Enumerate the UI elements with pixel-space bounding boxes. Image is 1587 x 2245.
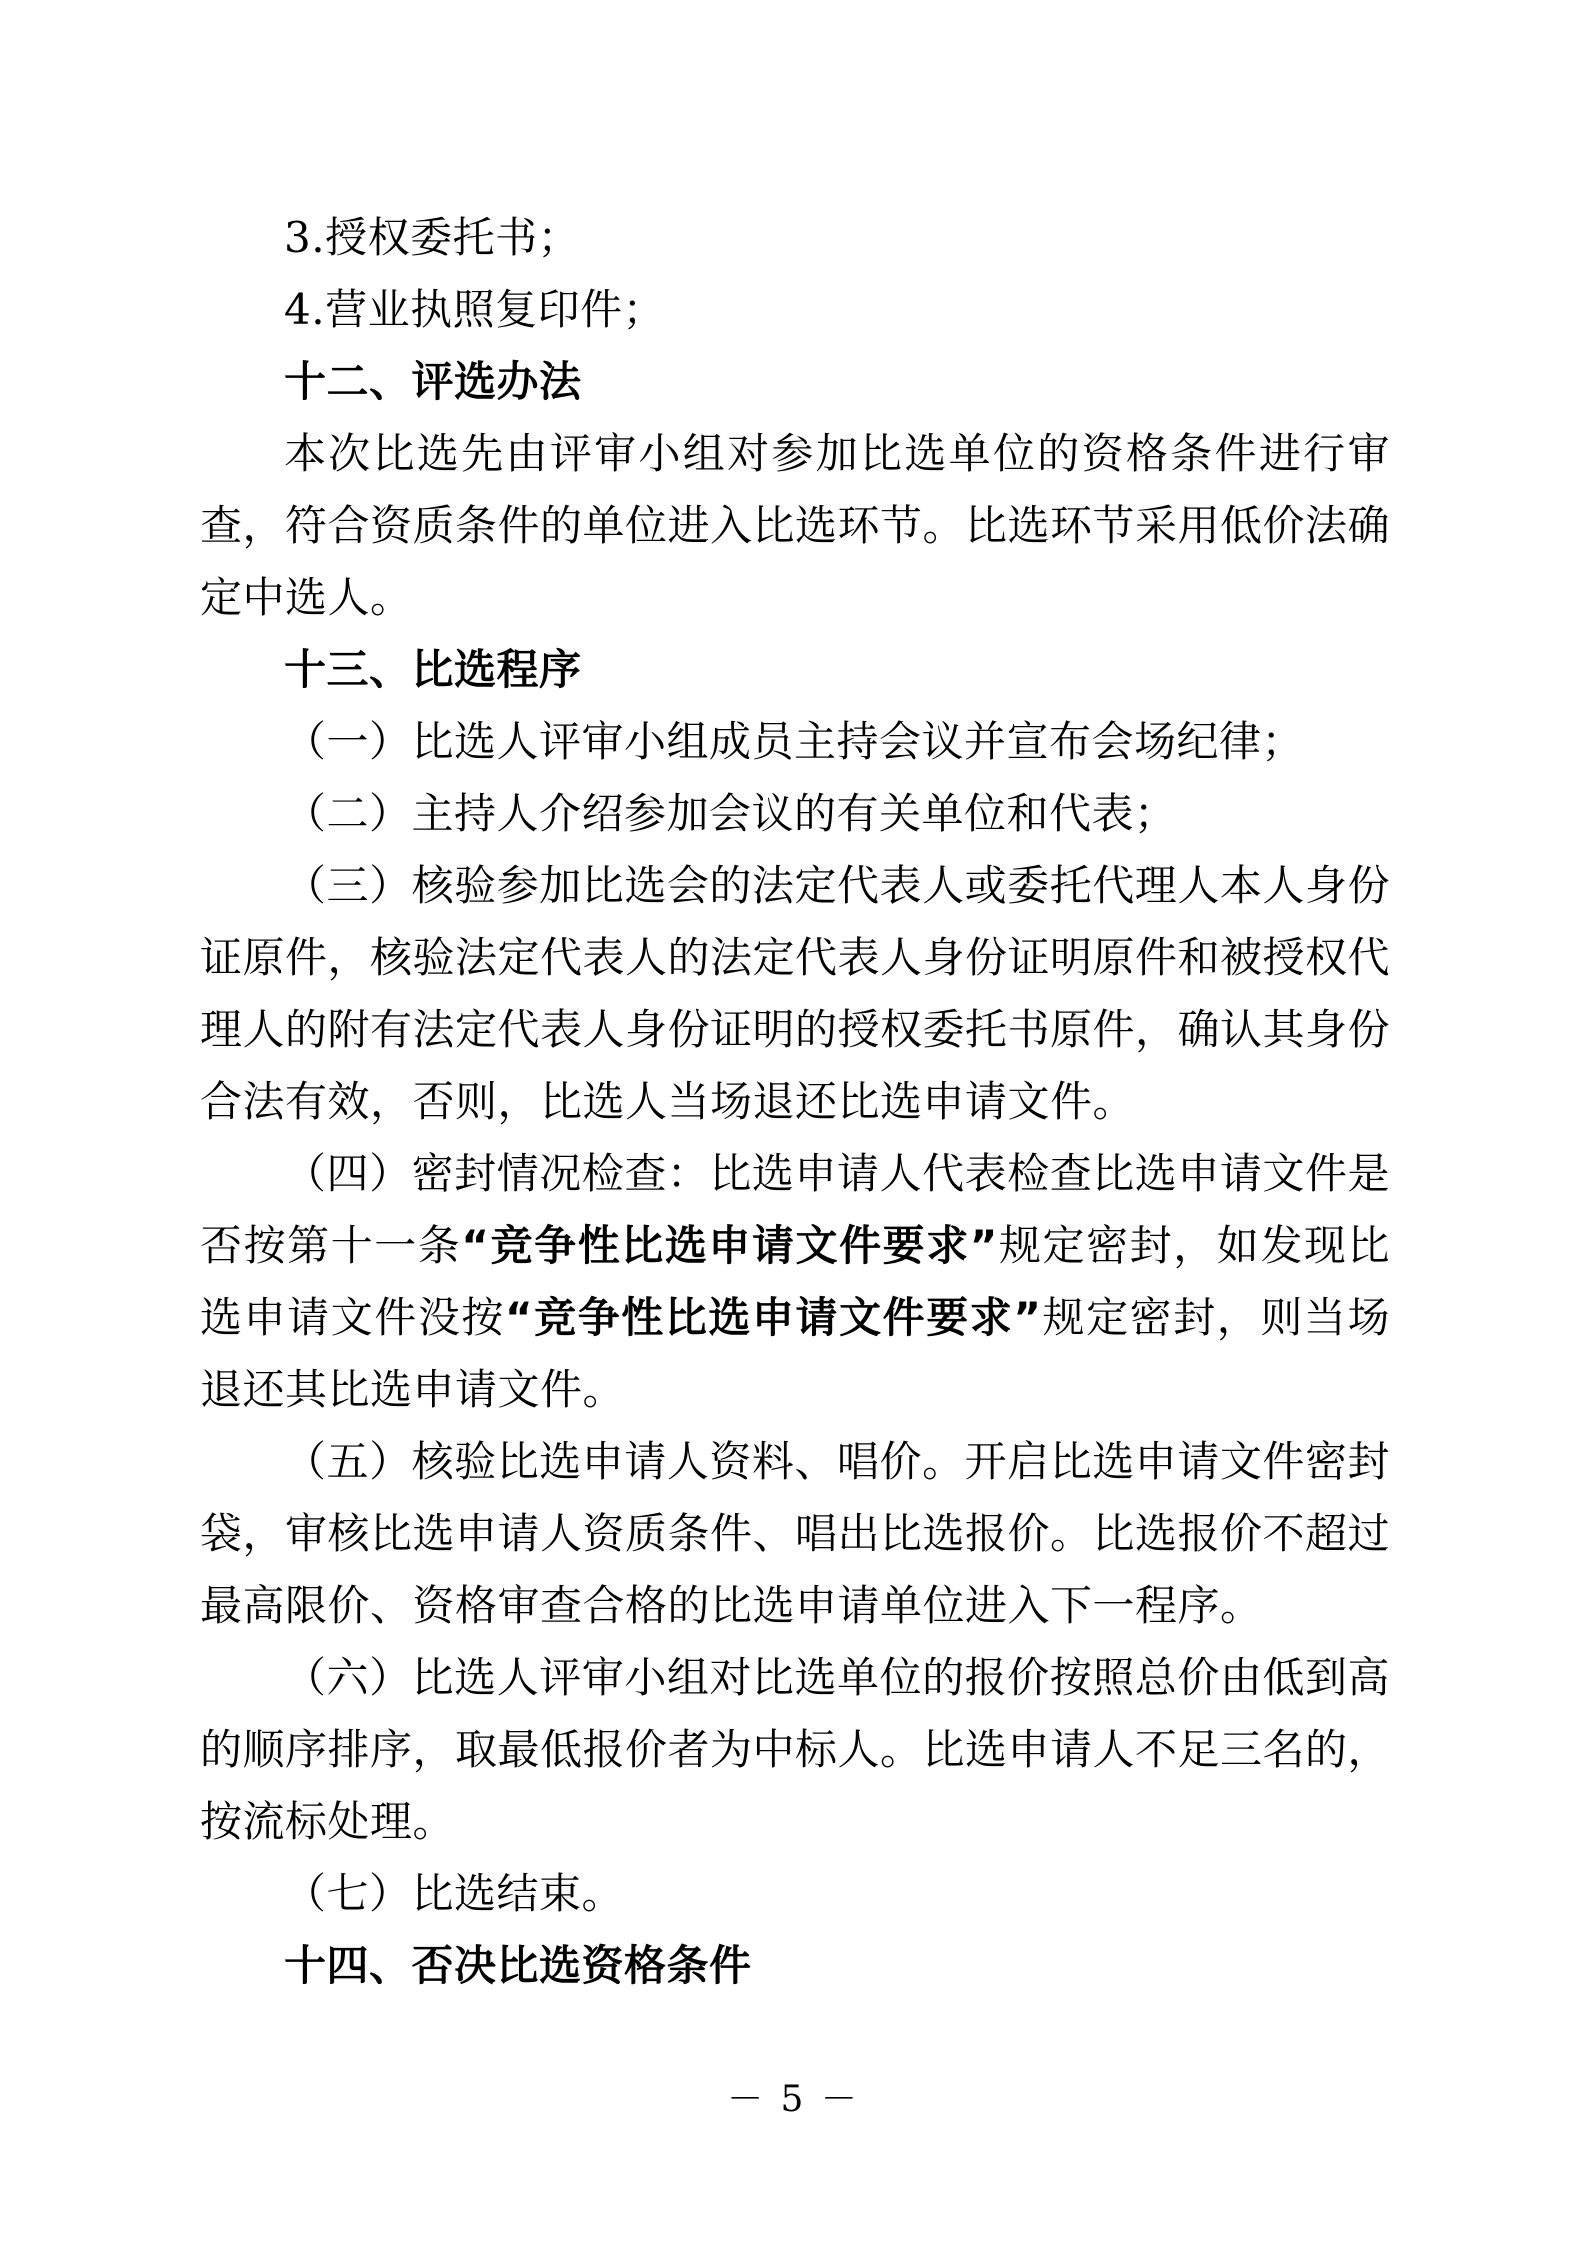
procedure-step-6: （六）比选人评审小组对比选单位的报价按照总价由低到高的顺序排序，取最低报价者为中… <box>200 1642 1390 1858</box>
list-item-4: 4.营业执照复印件； <box>200 274 1390 346</box>
page-number: － 5 － <box>0 2078 1587 2122</box>
procedure-step-7: （七）比选结束。 <box>200 1858 1390 1930</box>
section-12-paragraph: 本次比选先由评审小组对参加比选单位的资格条件进行审查，符合资质条件的单位进入比选… <box>200 418 1390 634</box>
section-heading-12-evaluation-method: 十二、评选办法 <box>200 346 1390 418</box>
procedure-step-4: （四）密封情况检查：比选申请人代表检查比选申请文件是否按第十一条“竞争性比选申请… <box>200 1138 1390 1426</box>
procedure-step-5: （五）核验比选申请人资料、唱价。开启比选申请文件密封袋，审核比选申请人资质条件、… <box>200 1426 1390 1642</box>
procedure-step-3: （三）核验参加比选会的法定代表人或委托代理人本人身份证原件，核验法定代表人的法定… <box>200 850 1390 1138</box>
section-heading-14-rejection-conditions: 十四、否决比选资格条件 <box>200 1930 1390 2002</box>
procedure-step-2: （二）主持人介绍参加会议的有关单位和代表； <box>200 778 1390 850</box>
step-4-bold-quote-1: “竞争性比选申请文件要求” <box>461 1221 998 1270</box>
list-item-3: 3.授权委托书； <box>200 202 1390 274</box>
document-body: 3.授权委托书； 4.营业执照复印件； 十二、评选办法 本次比选先由评审小组对参… <box>200 202 1390 2002</box>
step-4-bold-quote-2: “竞争性比选申请文件要求” <box>505 1293 1042 1342</box>
section-heading-13-comparison-procedure: 十三、比选程序 <box>200 634 1390 706</box>
document-page: 3.授权委托书； 4.营业执照复印件； 十二、评选办法 本次比选先由评审小组对参… <box>0 0 1587 2245</box>
procedure-step-1: （一）比选人评审小组成员主持会议并宣布会场纪律； <box>200 706 1390 778</box>
